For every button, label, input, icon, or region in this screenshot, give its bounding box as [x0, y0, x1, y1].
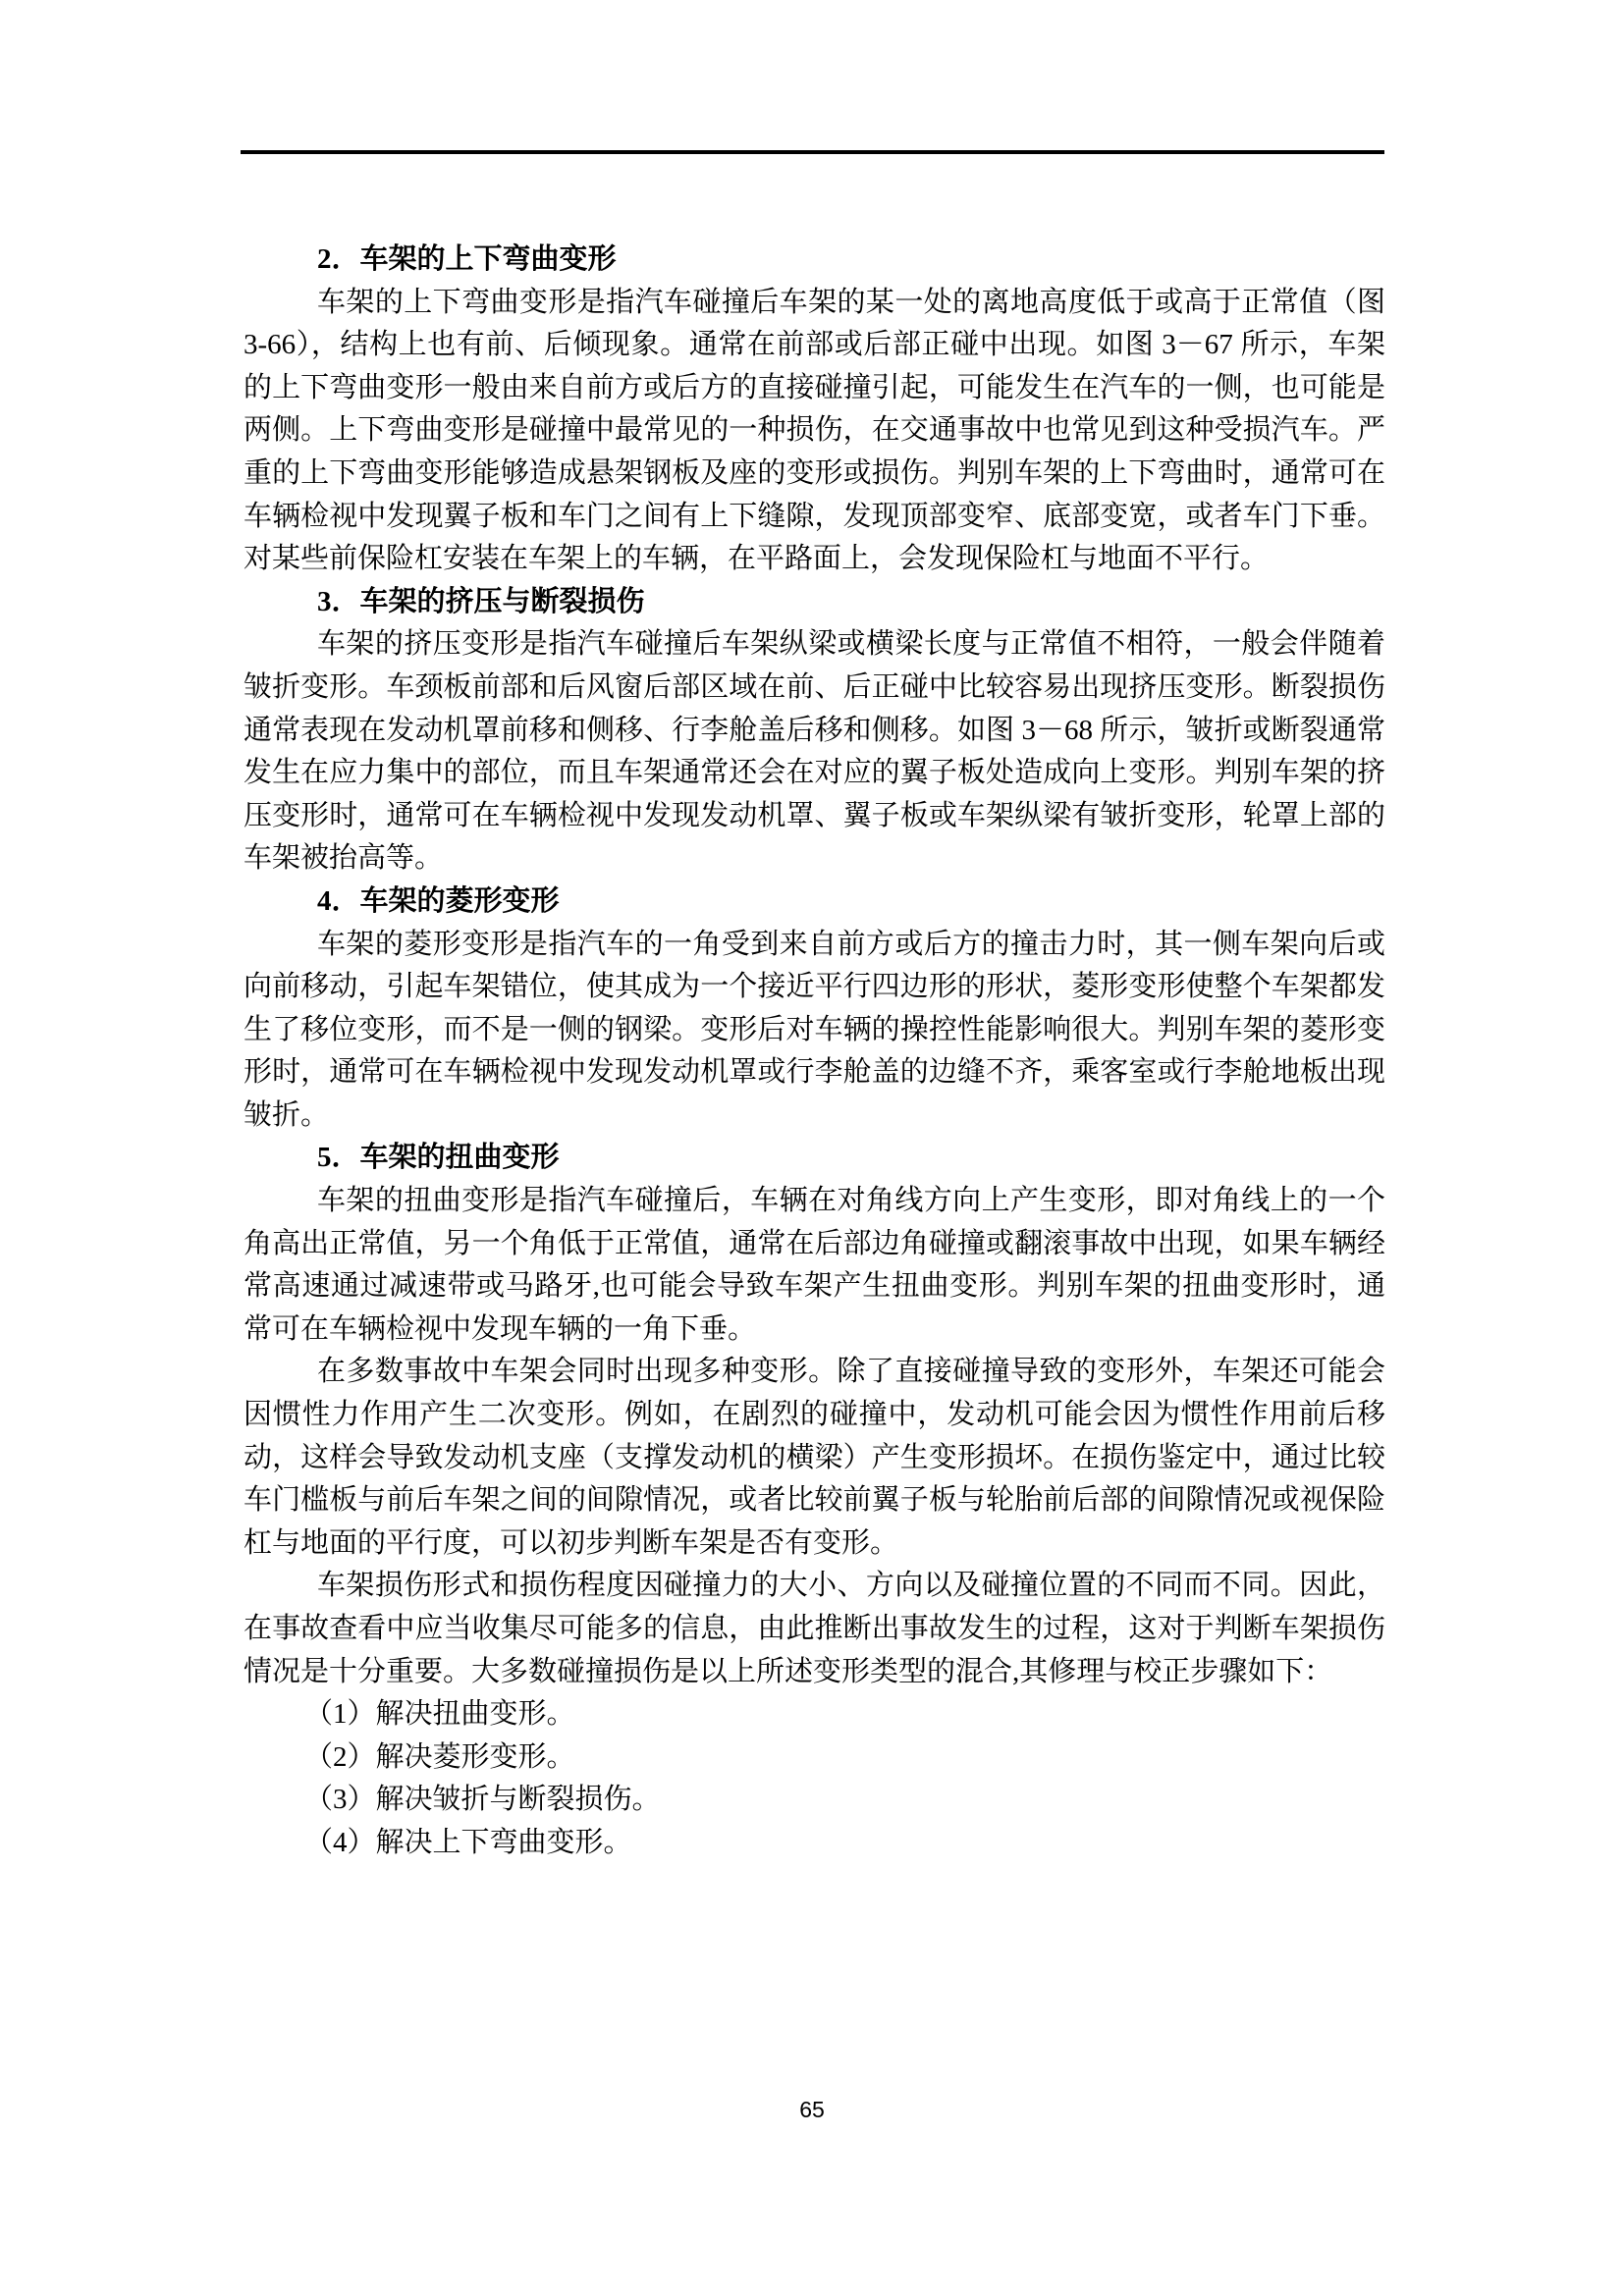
repair-step-3: （3）解决皱折与断裂损伤。 [244, 1779, 1385, 1822]
section-heading-twist: 5．车架的扭曲变形 [244, 1137, 1385, 1180]
paragraph-updown-bend: 车架的上下弯曲变形是指汽车碰撞后车架的某一处的离地高度低于或高于正常值（图 3-… [244, 282, 1385, 581]
section-heading-crush-fracture: 3．车架的挤压与断裂损伤 [244, 581, 1385, 624]
repair-steps-list: （1）解决扭曲变形。 （2）解决菱形变形。 （3）解决皱折与断裂损伤。 （4）解… [244, 1693, 1385, 1864]
section-heading-diamond: 4．车架的菱形变形 [244, 881, 1385, 924]
section-heading-updown-bend: 2．车架的上下弯曲变形 [244, 239, 1385, 282]
repair-step-4: （4）解决上下弯曲变形。 [244, 1822, 1385, 1865]
page-footer: 65 [0, 2097, 1624, 2123]
paragraph-diamond: 车架的菱形变形是指汽车的一角受到来自前方或后方的撞击力时，其一侧车架向后或向前移… [244, 924, 1385, 1138]
repair-step-1: （1）解决扭曲变形。 [244, 1693, 1385, 1736]
repair-step-2: （2）解决菱形变形。 [244, 1736, 1385, 1780]
page-number: 65 [799, 2097, 825, 2122]
paragraph-damage-assessment: 车架损伤形式和损伤程度因碰撞力的大小、方向以及碰撞位置的不同而不同。因此，在事故… [244, 1565, 1385, 1693]
header-rule [241, 150, 1384, 154]
document-page: 2．车架的上下弯曲变形 车架的上下弯曲变形是指汽车碰撞后车架的某一处的离地高度低… [0, 0, 1624, 2296]
paragraph-multiple-deformation: 在多数事故中车架会同时出现多种变形。除了直接碰撞导致的变形外，车架还可能会因惯性… [244, 1351, 1385, 1565]
paragraph-twist: 车架的扭曲变形是指汽车碰撞后，车辆在对角线方向上产生变形，即对角线上的一个角高出… [244, 1180, 1385, 1351]
paragraph-crush-fracture: 车架的挤压变形是指汽车碰撞后车架纵梁或横梁长度与正常值不相符，一般会伴随着皱折变… [244, 623, 1385, 881]
page-content: 2．车架的上下弯曲变形 车架的上下弯曲变形是指汽车碰撞后车架的某一处的离地高度低… [244, 239, 1385, 1865]
